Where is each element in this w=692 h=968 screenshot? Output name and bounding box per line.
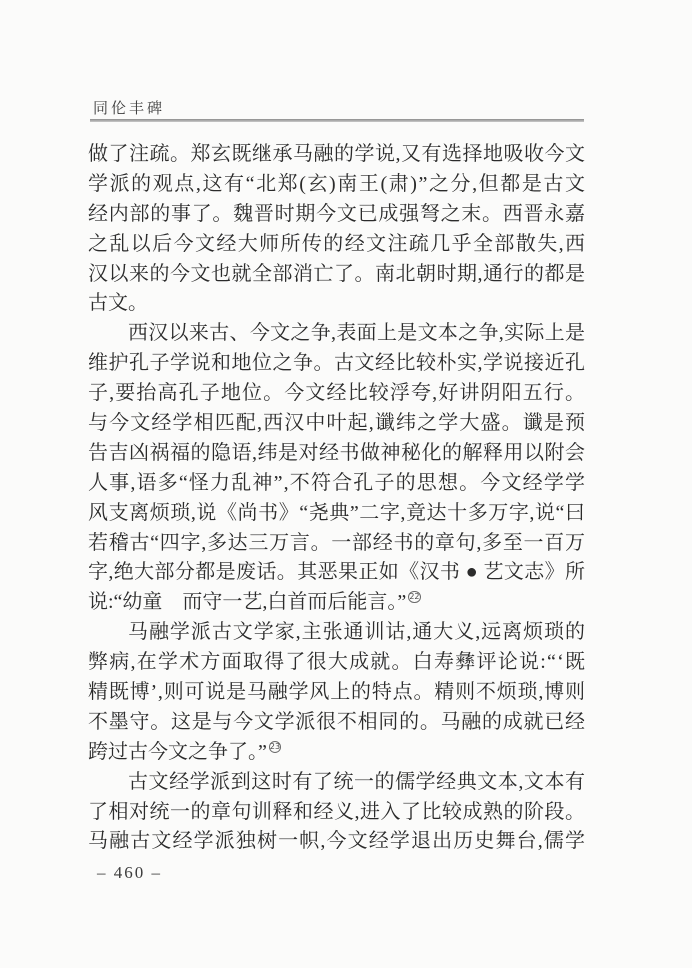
text-line-content: 了相对统一的章句训释和经义,进入了比较成熟的阶段。: [88, 801, 586, 823]
text-line-content: 西汉以来古、今文之争,表面上是文本之争,实际上是: [128, 322, 585, 344]
text-line-content: 与今文经学相匹配,西汉中叶起,谶纬之学大盛。谶是预: [88, 412, 586, 434]
text-line-content: 说:“幼童 而守一艺,白首而后能言。”: [88, 591, 406, 613]
text-line: 学派的观点,这有“北郑(玄)南王(肃)”之分,但都是古文: [88, 170, 585, 200]
text-line-content: 弊病,在学术方面取得了很大成就。白寿彝评论说:“‘既: [88, 651, 586, 673]
text-line: 做了注疏。郑玄既继承马融的学说,又有选择地吸收今文: [88, 140, 585, 170]
text-line-content: 马融学派古文学家,主张通训诂,通大义,远离烦琐的: [128, 621, 586, 643]
header-rule: [90, 119, 584, 122]
footnote-marker: 22: [408, 591, 420, 603]
text-line-content: 风支离烦琐,说《尚书》“尧典”二字,竟达十多万字,说“曰: [88, 502, 586, 524]
text-line-content: 精既博’,则可说是马融学风上的特点。精则不烦琐,博则: [88, 681, 586, 703]
footnote-marker: 23: [269, 741, 281, 753]
text-line-content: 汉以来的今文也就全部消亡了。南北朝时期,通行的都是: [88, 263, 586, 285]
text-line: 马融学派古文学家,主张通训诂,通大义,远离烦琐的: [88, 618, 585, 648]
text-line-content: 告吉凶祸福的隐语,纬是对经书做神秘化的解释用以附会: [88, 442, 586, 464]
book-page: { "header": { "book_title": "同伦丰碑" }, "b…: [0, 0, 692, 968]
text-line-content: 跨过古今文之争了。”: [88, 741, 267, 763]
text-line: 古文经学派到这时有了统一的儒学经典文本,文本有: [88, 768, 585, 798]
text-line-content: 人事,语多“怪力乱神”,不符合孔子的思想。今文经学学: [88, 472, 586, 494]
text-line: 西汉以来古、今文之争,表面上是文本之争,实际上是: [88, 319, 585, 349]
text-line-content: 不墨守。这是与今文学派很不相同的。马融的成就已经: [88, 711, 586, 733]
text-line: 了相对统一的章句训释和经义,进入了比较成熟的阶段。: [88, 798, 585, 828]
text-line: 跨过古今文之争了。”23: [88, 738, 585, 768]
text-line: 之乱以后今文经大师所传的经文注疏几乎全部散失,西: [88, 230, 585, 260]
text-line: 经内部的事了。魏晋时期今文已成强弩之末。西晋永嘉: [88, 200, 585, 230]
text-line: 与今文经学相匹配,西汉中叶起,谶纬之学大盛。谶是预: [88, 409, 585, 439]
text-line-content: 马融古文经学派独树一帜,今文经学退出历史舞台,儒学: [88, 830, 586, 852]
body-text: 做了注疏。郑玄既继承马融的学说,又有选择地吸收今文学派的观点,这有“北郑(玄)南…: [88, 140, 585, 857]
text-line-content: 古文经学派到这时有了统一的儒学经典文本,文本有: [128, 771, 586, 793]
text-line: 说:“幼童 而守一艺,白首而后能言。”22: [88, 588, 585, 618]
text-line-content: 之乱以后今文经大师所传的经文注疏几乎全部散失,西: [88, 233, 586, 255]
text-line: 汉以来的今文也就全部消亡了。南北朝时期,通行的都是: [88, 260, 585, 290]
running-header-title: 同伦丰碑: [93, 97, 165, 118]
text-line-content: 维护孔子学说和地位之争。古文经比较朴实,学说接近孔: [88, 352, 586, 374]
text-line: 不墨守。这是与今文学派很不相同的。马融的成就已经: [88, 708, 585, 738]
text-line-content: 经内部的事了。魏晋时期今文已成强弩之末。西晋永嘉: [88, 203, 586, 225]
text-line-content: 若稽古“四字,多达三万言。一部经书的章句,多至一百万: [88, 532, 586, 554]
text-line: 弊病,在学术方面取得了很大成就。白寿彝评论说:“‘既: [88, 648, 585, 678]
text-line-content: 做了注疏。郑玄既继承马融的学说,又有选择地吸收今文: [88, 143, 586, 165]
text-line-content: 子,要抬高孔子地位。今文经比较浮夸,好讲阴阳五行。: [88, 382, 586, 404]
text-line-content: 古文。: [88, 292, 148, 314]
text-line: 告吉凶祸福的隐语,纬是对经书做神秘化的解释用以附会: [88, 439, 585, 469]
text-line: 字,绝大部分都是废话。其恶果正如《汉书 ● 艺文志》所: [88, 558, 585, 588]
text-line: 精既博’,则可说是马融学风上的特点。精则不烦琐,博则: [88, 678, 585, 708]
text-line-content: 学派的观点,这有“北郑(玄)南王(肃)”之分,但都是古文: [88, 173, 587, 195]
text-line-content: 字,绝大部分都是废话。其恶果正如《汉书 ● 艺文志》所: [88, 561, 585, 583]
text-line: 若稽古“四字,多达三万言。一部经书的章句,多至一百万: [88, 529, 585, 559]
text-line: 马融古文经学派独树一帜,今文经学退出历史舞台,儒学: [88, 827, 585, 857]
text-line: 人事,语多“怪力乱神”,不符合孔子的思想。今文经学学: [88, 469, 585, 499]
page-number: – 460 –: [97, 863, 162, 883]
text-line: 古文。: [88, 289, 585, 319]
text-line: 维护孔子学说和地位之争。古文经比较朴实,学说接近孔: [88, 349, 585, 379]
text-line: 风支离烦琐,说《尚书》“尧典”二字,竟达十多万字,说“曰: [88, 499, 585, 529]
text-line: 子,要抬高孔子地位。今文经比较浮夸,好讲阴阳五行。: [88, 379, 585, 409]
